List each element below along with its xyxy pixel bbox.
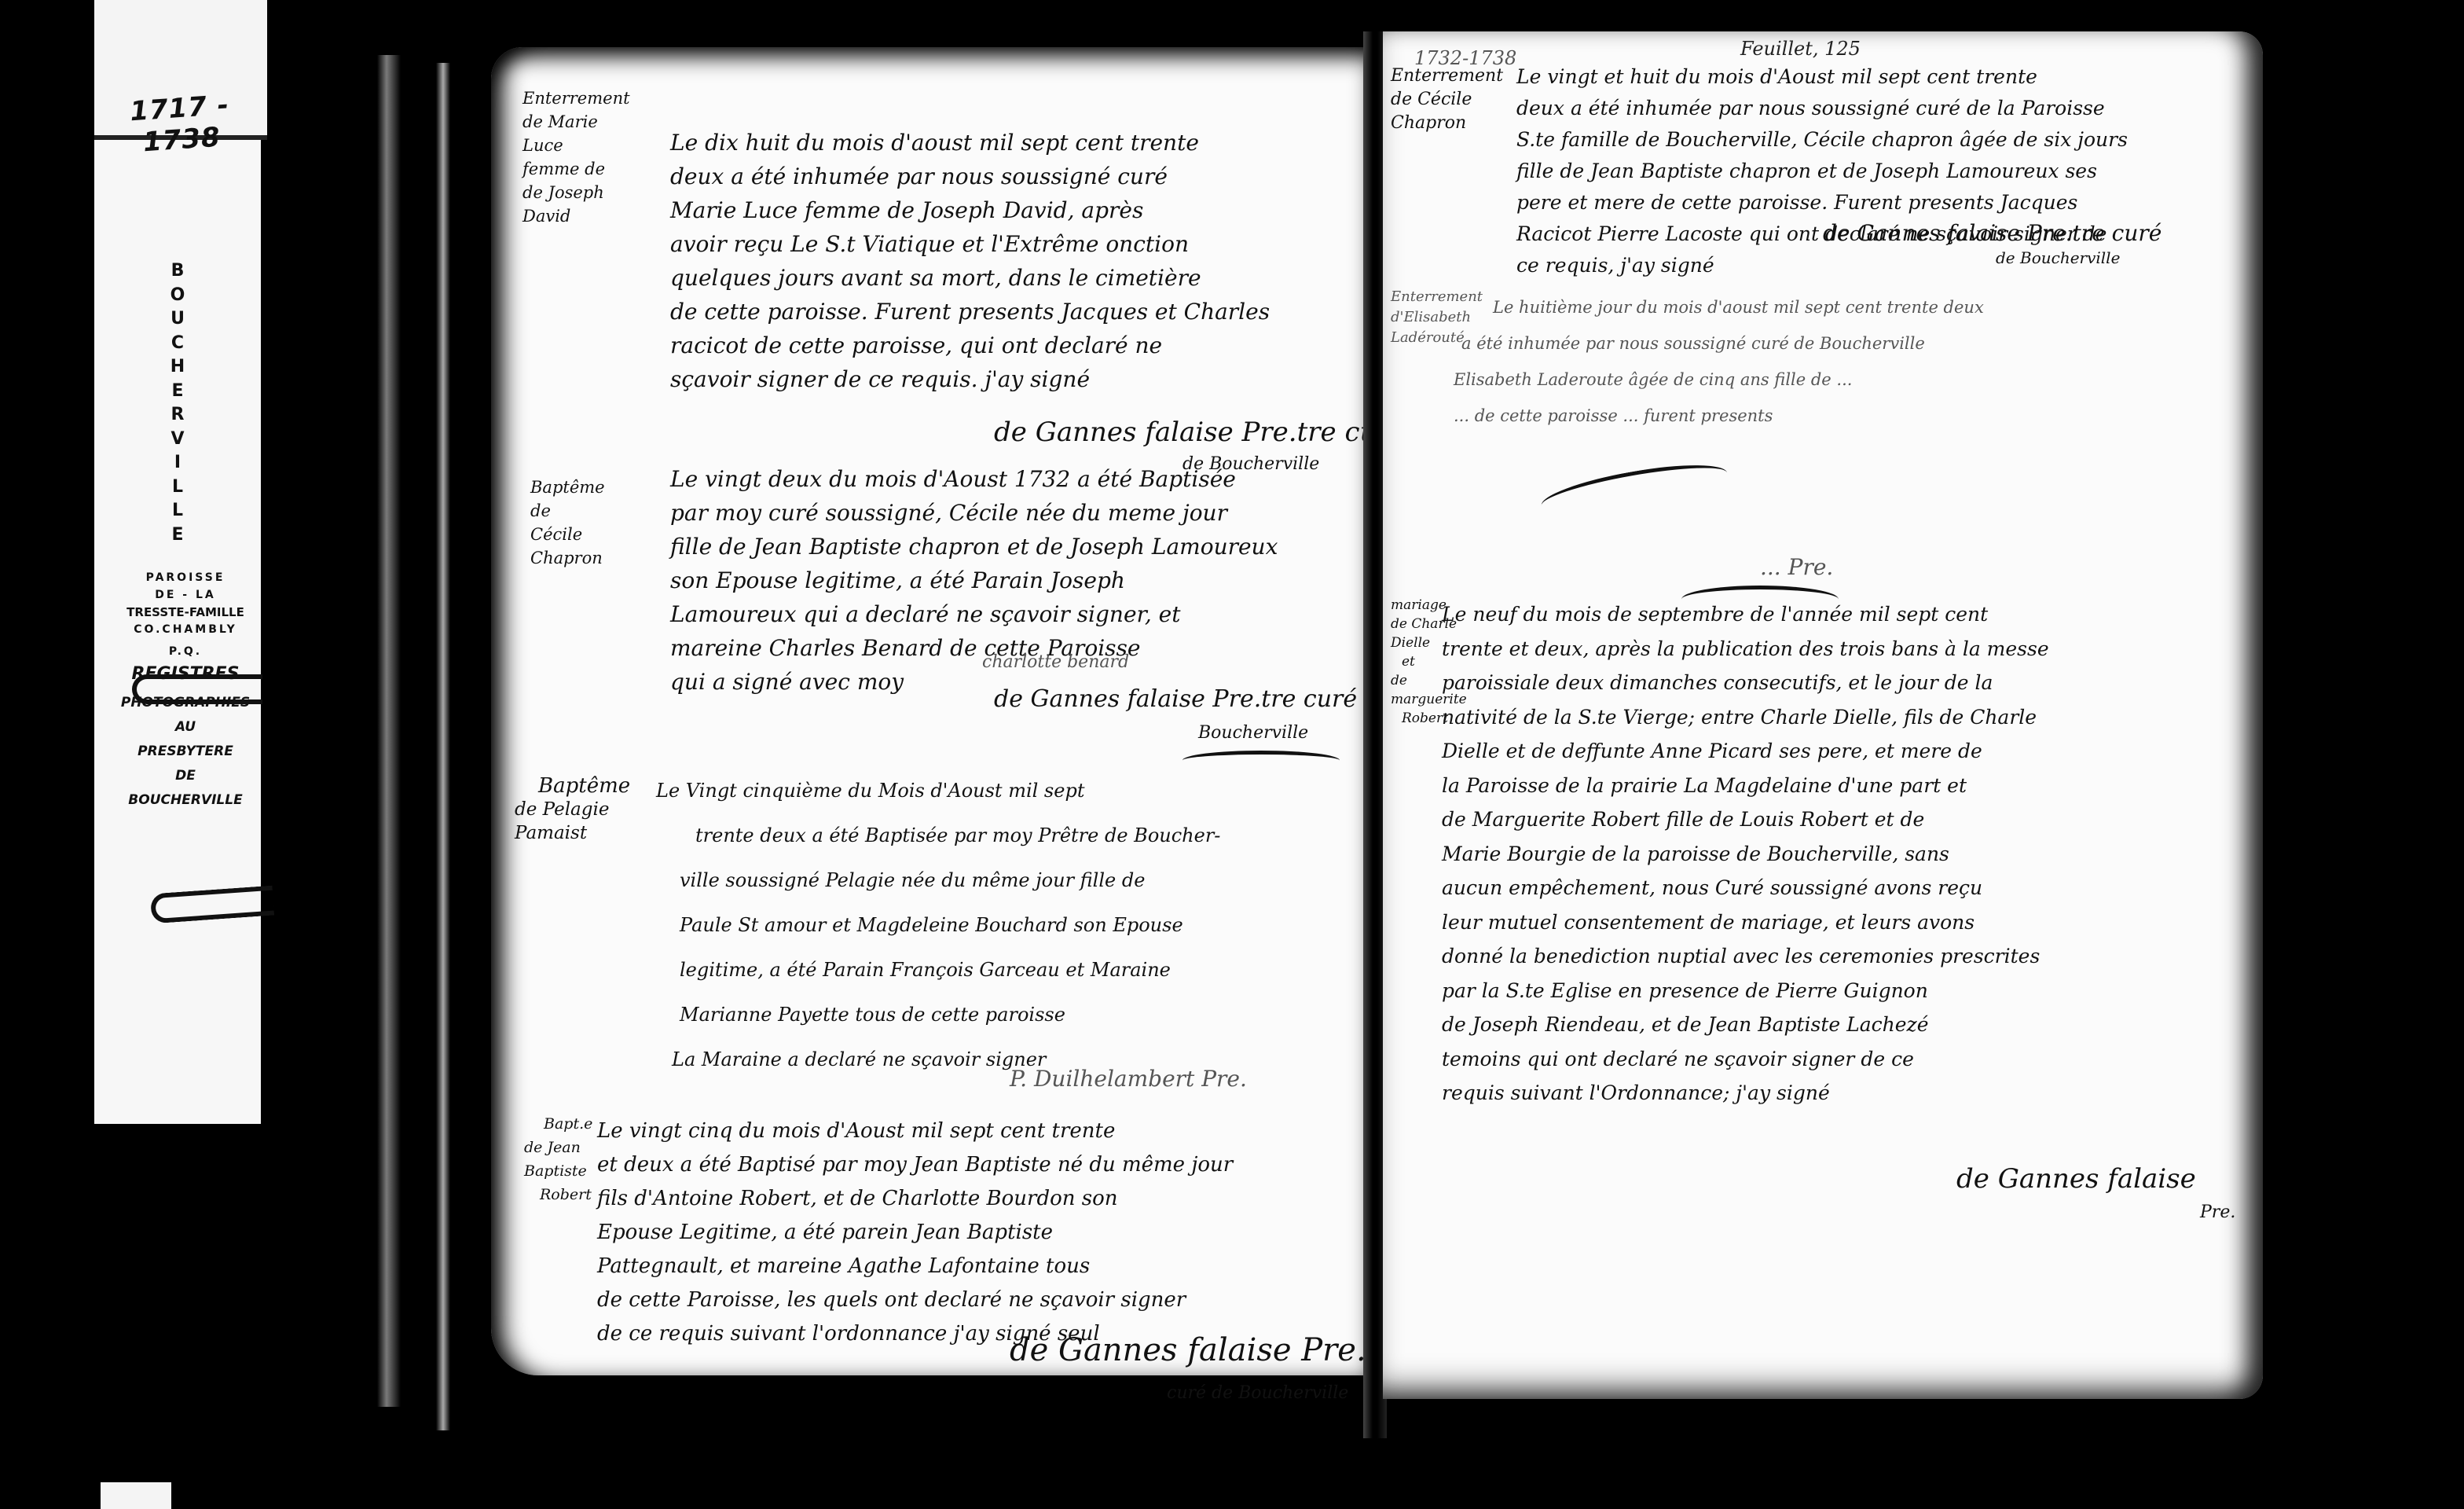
archive-label-bottom bbox=[101, 1482, 171, 1509]
priest-signature: de Gannes falaise bbox=[1956, 1163, 2196, 1195]
register-page-left: Enterrement de Marie Luce femme de de Jo… bbox=[491, 47, 1363, 1375]
archive-label-strip bbox=[94, 0, 261, 1124]
entry-text: Le huitième jour du mois d'aoust mil sep… bbox=[1446, 289, 1984, 434]
register-page-right: 1732-1738 Feuillet, 125 Enterrement de C… bbox=[1383, 31, 2263, 1399]
archive-years: 1717 - 1738 bbox=[92, 86, 269, 161]
priest-signature: de Gannes falaise Pre.tre curé de bbox=[994, 685, 1394, 713]
cosigner-signature: charlotte benard bbox=[982, 652, 1129, 672]
priest-signature: P. Duilhelambert Pre. bbox=[1010, 1066, 1247, 1092]
priest-signature: ... Pre. bbox=[1760, 554, 1833, 580]
entry-margin-note: Bapt.e de Jean Baptiste Robert bbox=[524, 1112, 592, 1206]
entry-text: Le dix huit du mois d'aoust mil sept cen… bbox=[670, 126, 1270, 396]
folio-number: Feuillet, 125 bbox=[1740, 38, 1861, 60]
signature-subline: Boucherville bbox=[1198, 723, 1308, 743]
signature-subline: Pre. bbox=[2200, 1202, 2235, 1222]
entry-text: Le vingt cinq du mois d'Aoust mil sept c… bbox=[597, 1114, 1233, 1351]
entry-text: Le vingt deux du mois d'Aoust 1732 a été… bbox=[670, 462, 1278, 699]
paperclip-icon bbox=[132, 674, 262, 704]
entry-margin-note: Enterrement de Marie Luce femme de de Jo… bbox=[522, 86, 630, 228]
book-edge bbox=[436, 63, 450, 1430]
entry-text: Le Vingt cinquième du Mois d'Aoust mil s… bbox=[593, 769, 1220, 1082]
priest-signature: de Gannes falaise Pre.tre curé bbox=[994, 417, 1406, 448]
priest-signature: de Gannes falaise Pre.tre curé bbox=[1823, 220, 2161, 246]
entry-margin-note: Baptême de Cécile Chapron bbox=[530, 475, 605, 570]
archive-label-tab: 1717 - 1738 bbox=[94, 0, 267, 140]
signature-subline: curé de Boucherville bbox=[1167, 1383, 1348, 1403]
signature-flourish bbox=[1538, 456, 1730, 523]
signature-flourish bbox=[1182, 751, 1340, 770]
parish-name-vertical: B O U C H E R V I L L E bbox=[154, 259, 201, 547]
entry-text: Le neuf du mois de septembre de l'année … bbox=[1442, 597, 2049, 1111]
priest-signature: de Gannes falaise Pre. bbox=[1010, 1332, 1366, 1368]
book-edge bbox=[377, 55, 401, 1407]
signature-subline: de Boucherville bbox=[1996, 248, 2120, 267]
